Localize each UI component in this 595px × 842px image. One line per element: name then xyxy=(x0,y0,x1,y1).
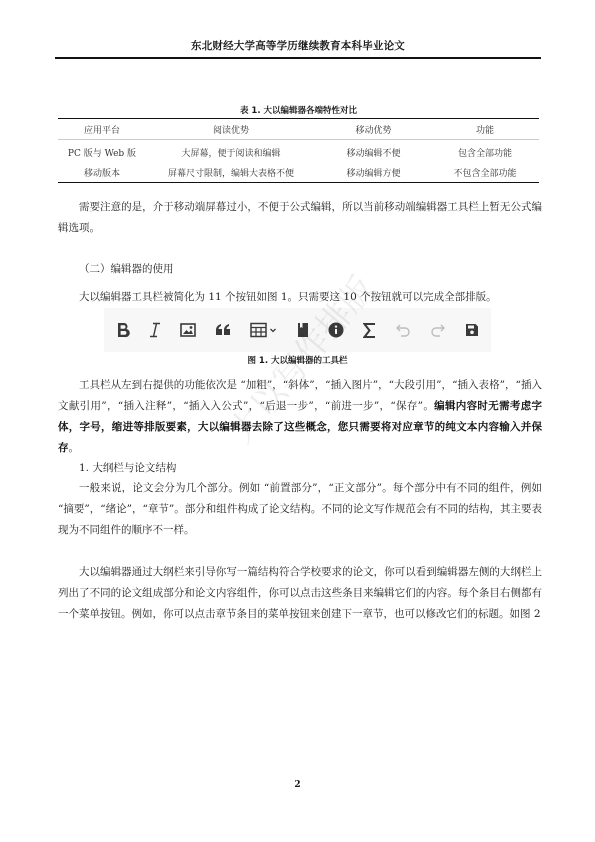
note-paragraph: 需要注意的是，介于移动端屏幕过小，不便于公式编辑，所以当前移动端编辑器工具栏上暂… xyxy=(58,197,542,239)
page-number: 2 xyxy=(0,780,595,790)
editor-toolbar-figure xyxy=(104,308,491,352)
structure-paragraph-2: 大以编辑器通过大纲栏来引导你写一篇结构符合学校要求的论文，你可以看到编辑器左侧的… xyxy=(58,562,542,625)
toolbar-description-paragraph: 工具栏从左到右提供的功能依次是 “加粗”，“斜体”，“插入图片”，“大段引用”，… xyxy=(58,375,542,459)
table-header-row: 应用平台 阅读优势 移动优势 功能 xyxy=(58,119,539,140)
section-heading: （二）编辑器的使用 xyxy=(58,259,542,280)
header-rule xyxy=(55,57,541,59)
toolbar-intro-paragraph: 大以编辑器工具栏被简化为 11 个按钮如图 1。只需要这 10 个按钮就可以完成… xyxy=(58,287,542,308)
redo-icon[interactable] xyxy=(430,320,446,340)
column-header: 移动优势 xyxy=(316,119,431,140)
undo-icon[interactable] xyxy=(395,320,411,340)
italic-icon[interactable] xyxy=(149,320,161,340)
table-cell: 移动版本 xyxy=(58,162,146,183)
table-row: PC 版与 Web 版 大屏幕，便于阅读和编辑 移动编辑不便 包含全部功能 xyxy=(58,140,539,163)
table-cell: 不包含全部功能 xyxy=(431,162,539,183)
table-cell: 大屏幕，便于阅读和编辑 xyxy=(146,140,316,163)
sigma-icon[interactable] xyxy=(363,320,376,340)
toolbar-description-end: 。 xyxy=(69,442,80,454)
info-icon[interactable] xyxy=(328,320,344,340)
table-row: 移动版本 屏幕尺寸限制，编辑大表格不便 移动编辑方便 不包含全部功能 xyxy=(58,162,539,183)
column-header: 应用平台 xyxy=(58,119,146,140)
image-icon[interactable] xyxy=(180,320,196,340)
table-cell: 移动编辑不便 xyxy=(316,140,431,163)
column-header: 阅读优势 xyxy=(146,119,316,140)
save-icon[interactable] xyxy=(465,320,479,340)
column-header: 功能 xyxy=(431,119,539,140)
bold-icon[interactable] xyxy=(116,320,130,340)
page-header-title: 东北财经大学高等学历继续教育本科毕业论文 xyxy=(55,38,541,53)
table-icon[interactable] xyxy=(250,320,278,340)
structure-paragraph-1: 一般来说，论文会分为几个部分。例如 “前置部分”，“正文部分”。每个部分中有不同… xyxy=(58,478,542,541)
table-caption: 表 1. 大以编辑器各端特性对比 xyxy=(58,104,539,116)
quote-icon[interactable] xyxy=(215,320,231,340)
table-cell: 包含全部功能 xyxy=(431,140,539,163)
table-cell: PC 版与 Web 版 xyxy=(58,140,146,163)
figure-caption: 图 1. 大以编辑器的工具栏 xyxy=(104,354,491,366)
bookmark-icon[interactable] xyxy=(297,320,309,340)
comparison-table: 应用平台 阅读优势 移动优势 功能 PC 版与 Web 版 大屏幕，便于阅读和编… xyxy=(58,118,539,183)
table-cell: 屏幕尺寸限制，编辑大表格不便 xyxy=(146,162,316,183)
table-cell: 移动编辑方便 xyxy=(316,162,431,183)
subsection-heading: 1. 大纲栏与论文结构 xyxy=(58,459,542,478)
